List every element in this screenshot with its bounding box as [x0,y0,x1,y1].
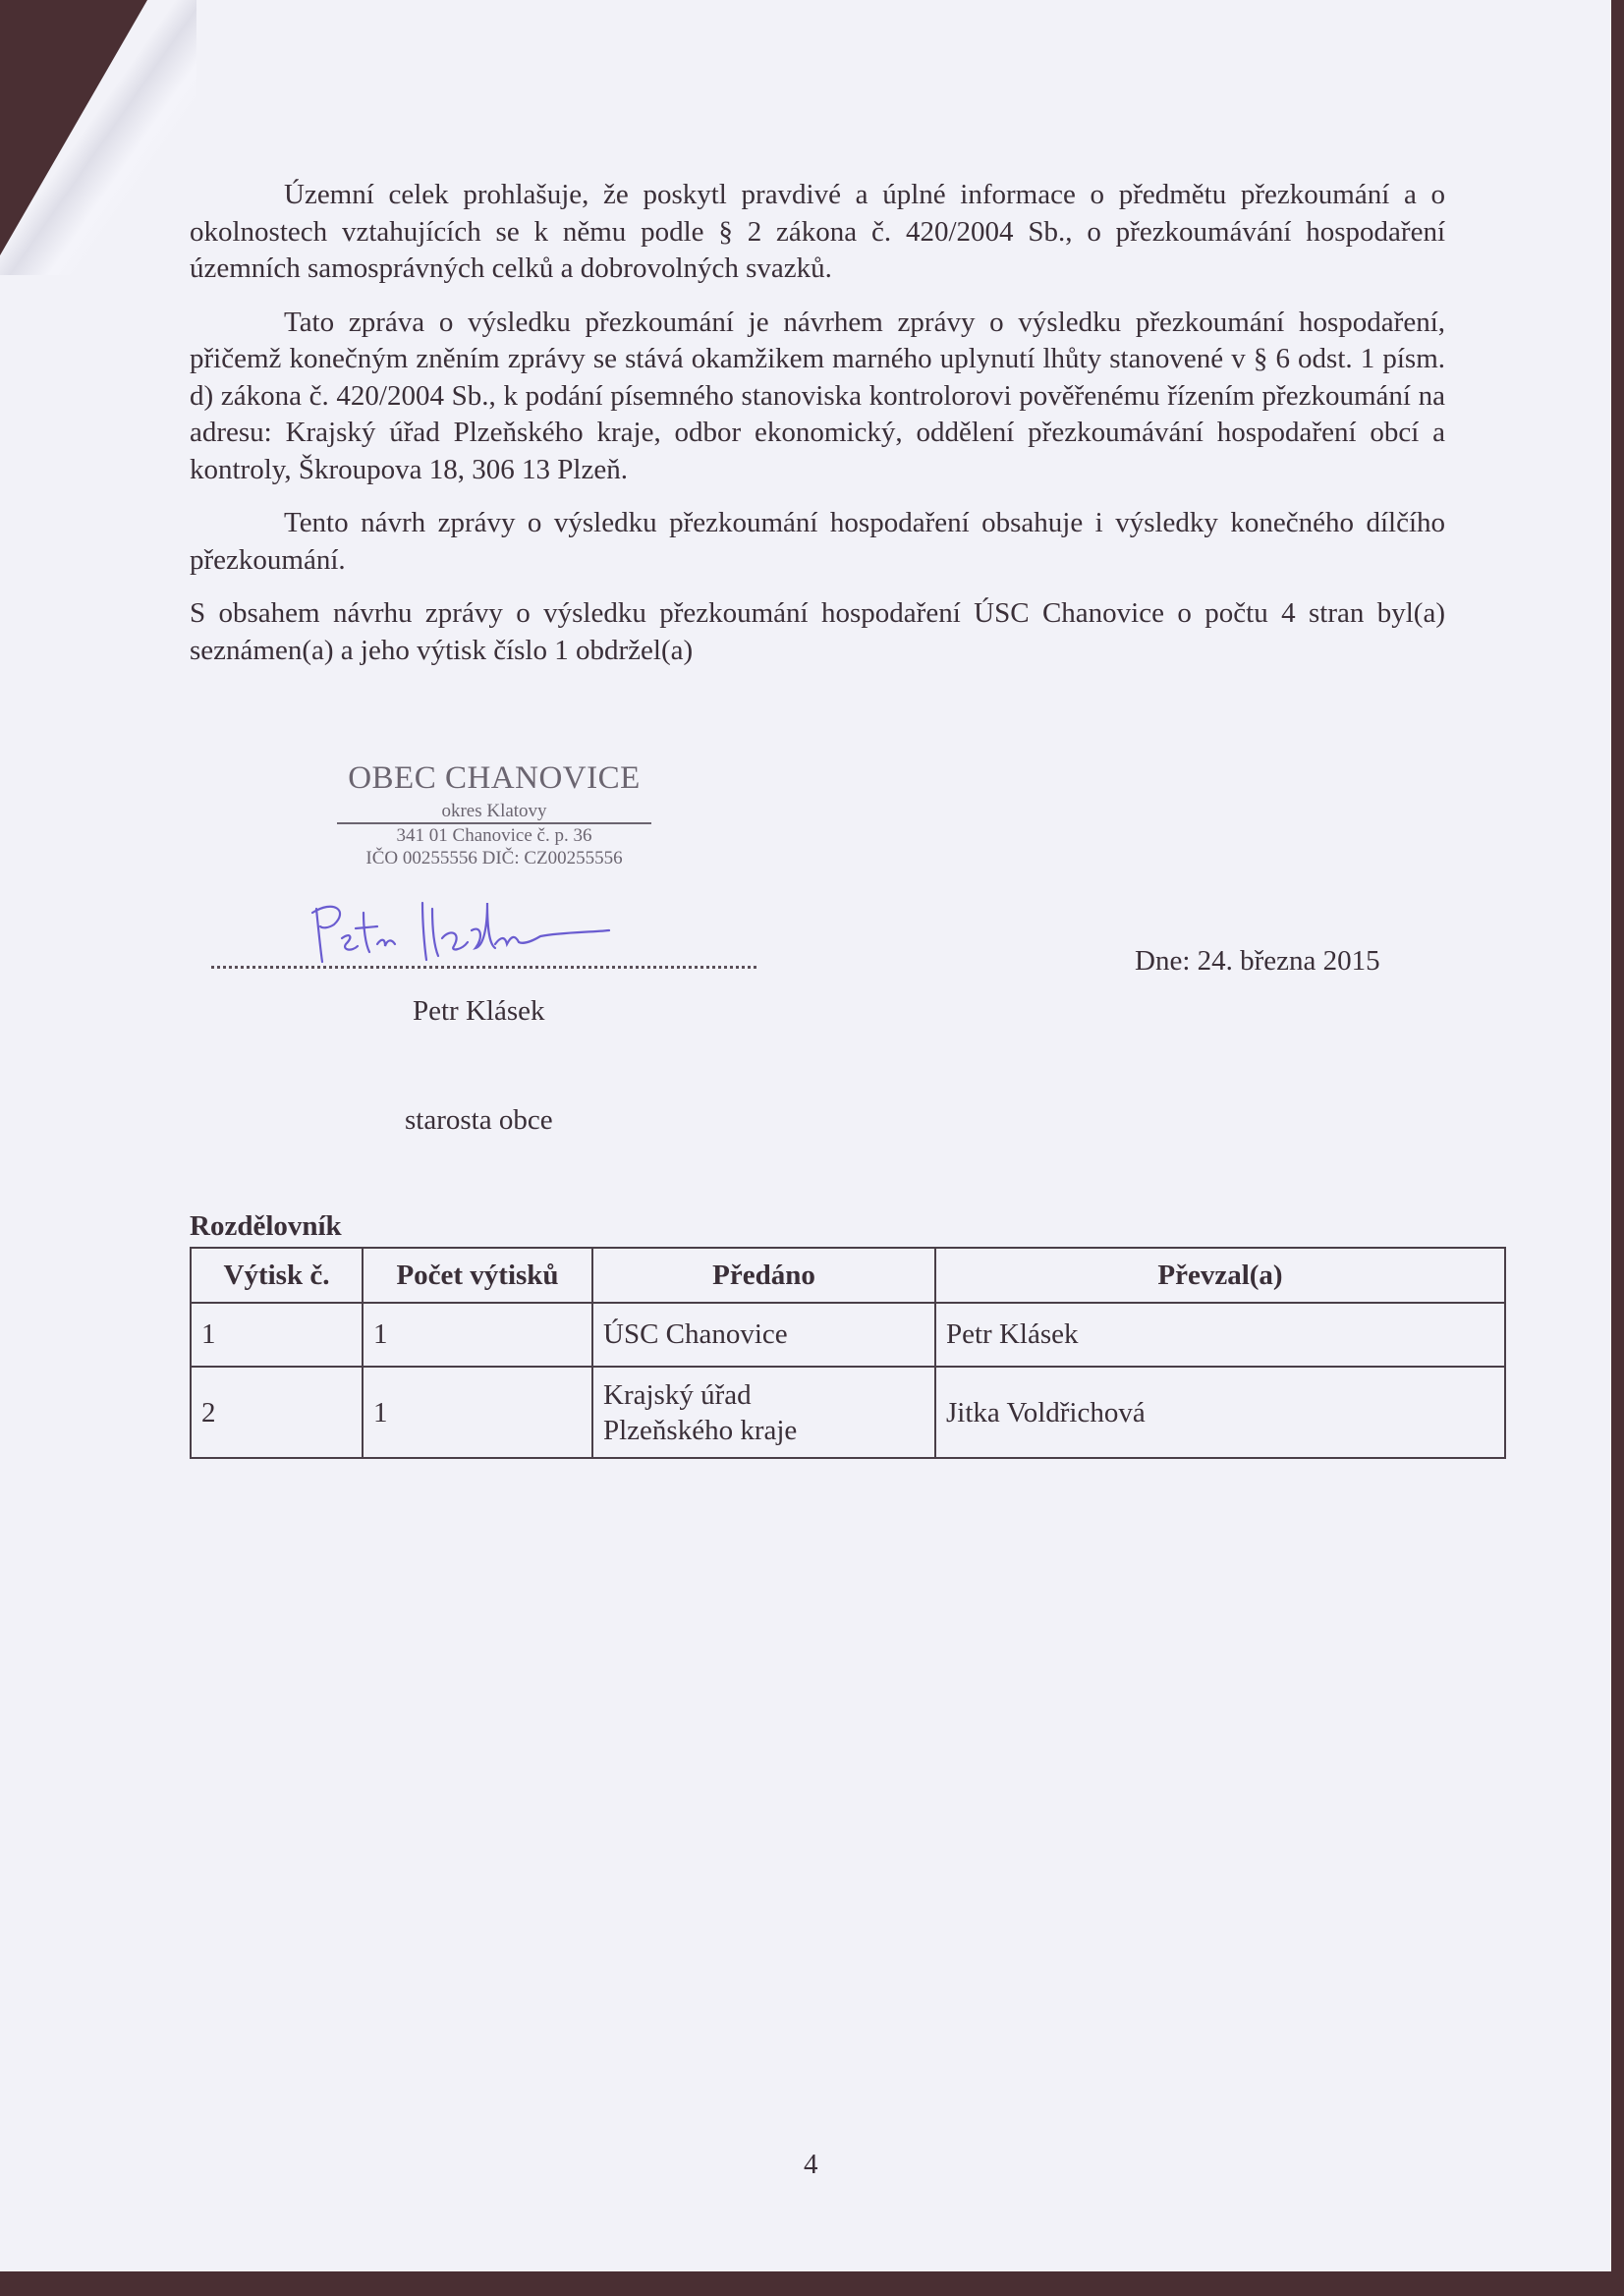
table-header-row: Výtisk č. Počet výtisků Předáno Převzal(… [191,1248,1505,1303]
paragraph-acknowledgement: S obsahem návrhu zprávy o výsledku přezk… [190,595,1445,669]
paragraph-report-status: Tato zpráva o výsledku přezkoumání je ná… [190,305,1445,489]
distribution-title: Rozdělovník [190,1210,342,1243]
header-delivered-to: Předáno [592,1248,935,1303]
cell-delivered-to: ÚSC Chanovice [592,1303,935,1367]
stamp-ids: IČO 00255556 DIČ: CZ00255556 [332,847,656,869]
cell-received-by: Jitka Voldřichová [935,1367,1505,1458]
cell-copy-count: 1 [363,1367,592,1458]
page-fold [0,0,196,275]
signer-name: Petr Klásek [413,995,545,1028]
page-number: 4 [804,2149,818,2181]
paragraph-declaration: Územní celek prohlašuje, že poskytl prav… [190,177,1445,288]
signature-line [211,958,756,969]
cell-copy-count: 1 [363,1303,592,1367]
municipal-stamp: OBEC CHANOVICE okres Klatovy 341 01 Chan… [332,756,656,869]
cell-delivered-to: Krajský úřad Plzeňského kraje [592,1367,935,1458]
signer-role: starosta obce [405,1104,553,1137]
handwritten-signature [295,889,619,968]
signature-date: Dne: 24. března 2015 [1135,945,1380,978]
body-text: Územní celek prohlašuje, že poskytl prav… [190,177,1445,686]
table-row: 1 1 ÚSC Chanovice Petr Klásek [191,1303,1505,1367]
cell-received-by: Petr Klásek [935,1303,1505,1367]
table-row: 2 1 Krajský úřad Plzeňského kraje Jitka … [191,1367,1505,1458]
paragraph-partial-review: Tento návrh zprávy o výsledku přezkoumán… [190,505,1445,579]
header-copy-number: Výtisk č. [191,1248,363,1303]
distribution-table: Výtisk č. Počet výtisků Předáno Převzal(… [190,1247,1506,1459]
stamp-address: 341 01 Chanovice č. p. 36 [332,824,656,847]
document-page: Územní celek prohlašuje, že poskytl prav… [0,0,1611,2271]
header-received-by: Převzal(a) [935,1248,1505,1303]
header-copy-count: Počet výtisků [363,1248,592,1303]
stamp-district: okres Klatovy [332,800,656,822]
cell-copy-number: 1 [191,1303,363,1367]
stamp-title: OBEC CHANOVICE [332,756,656,800]
cell-copy-number: 2 [191,1367,363,1458]
